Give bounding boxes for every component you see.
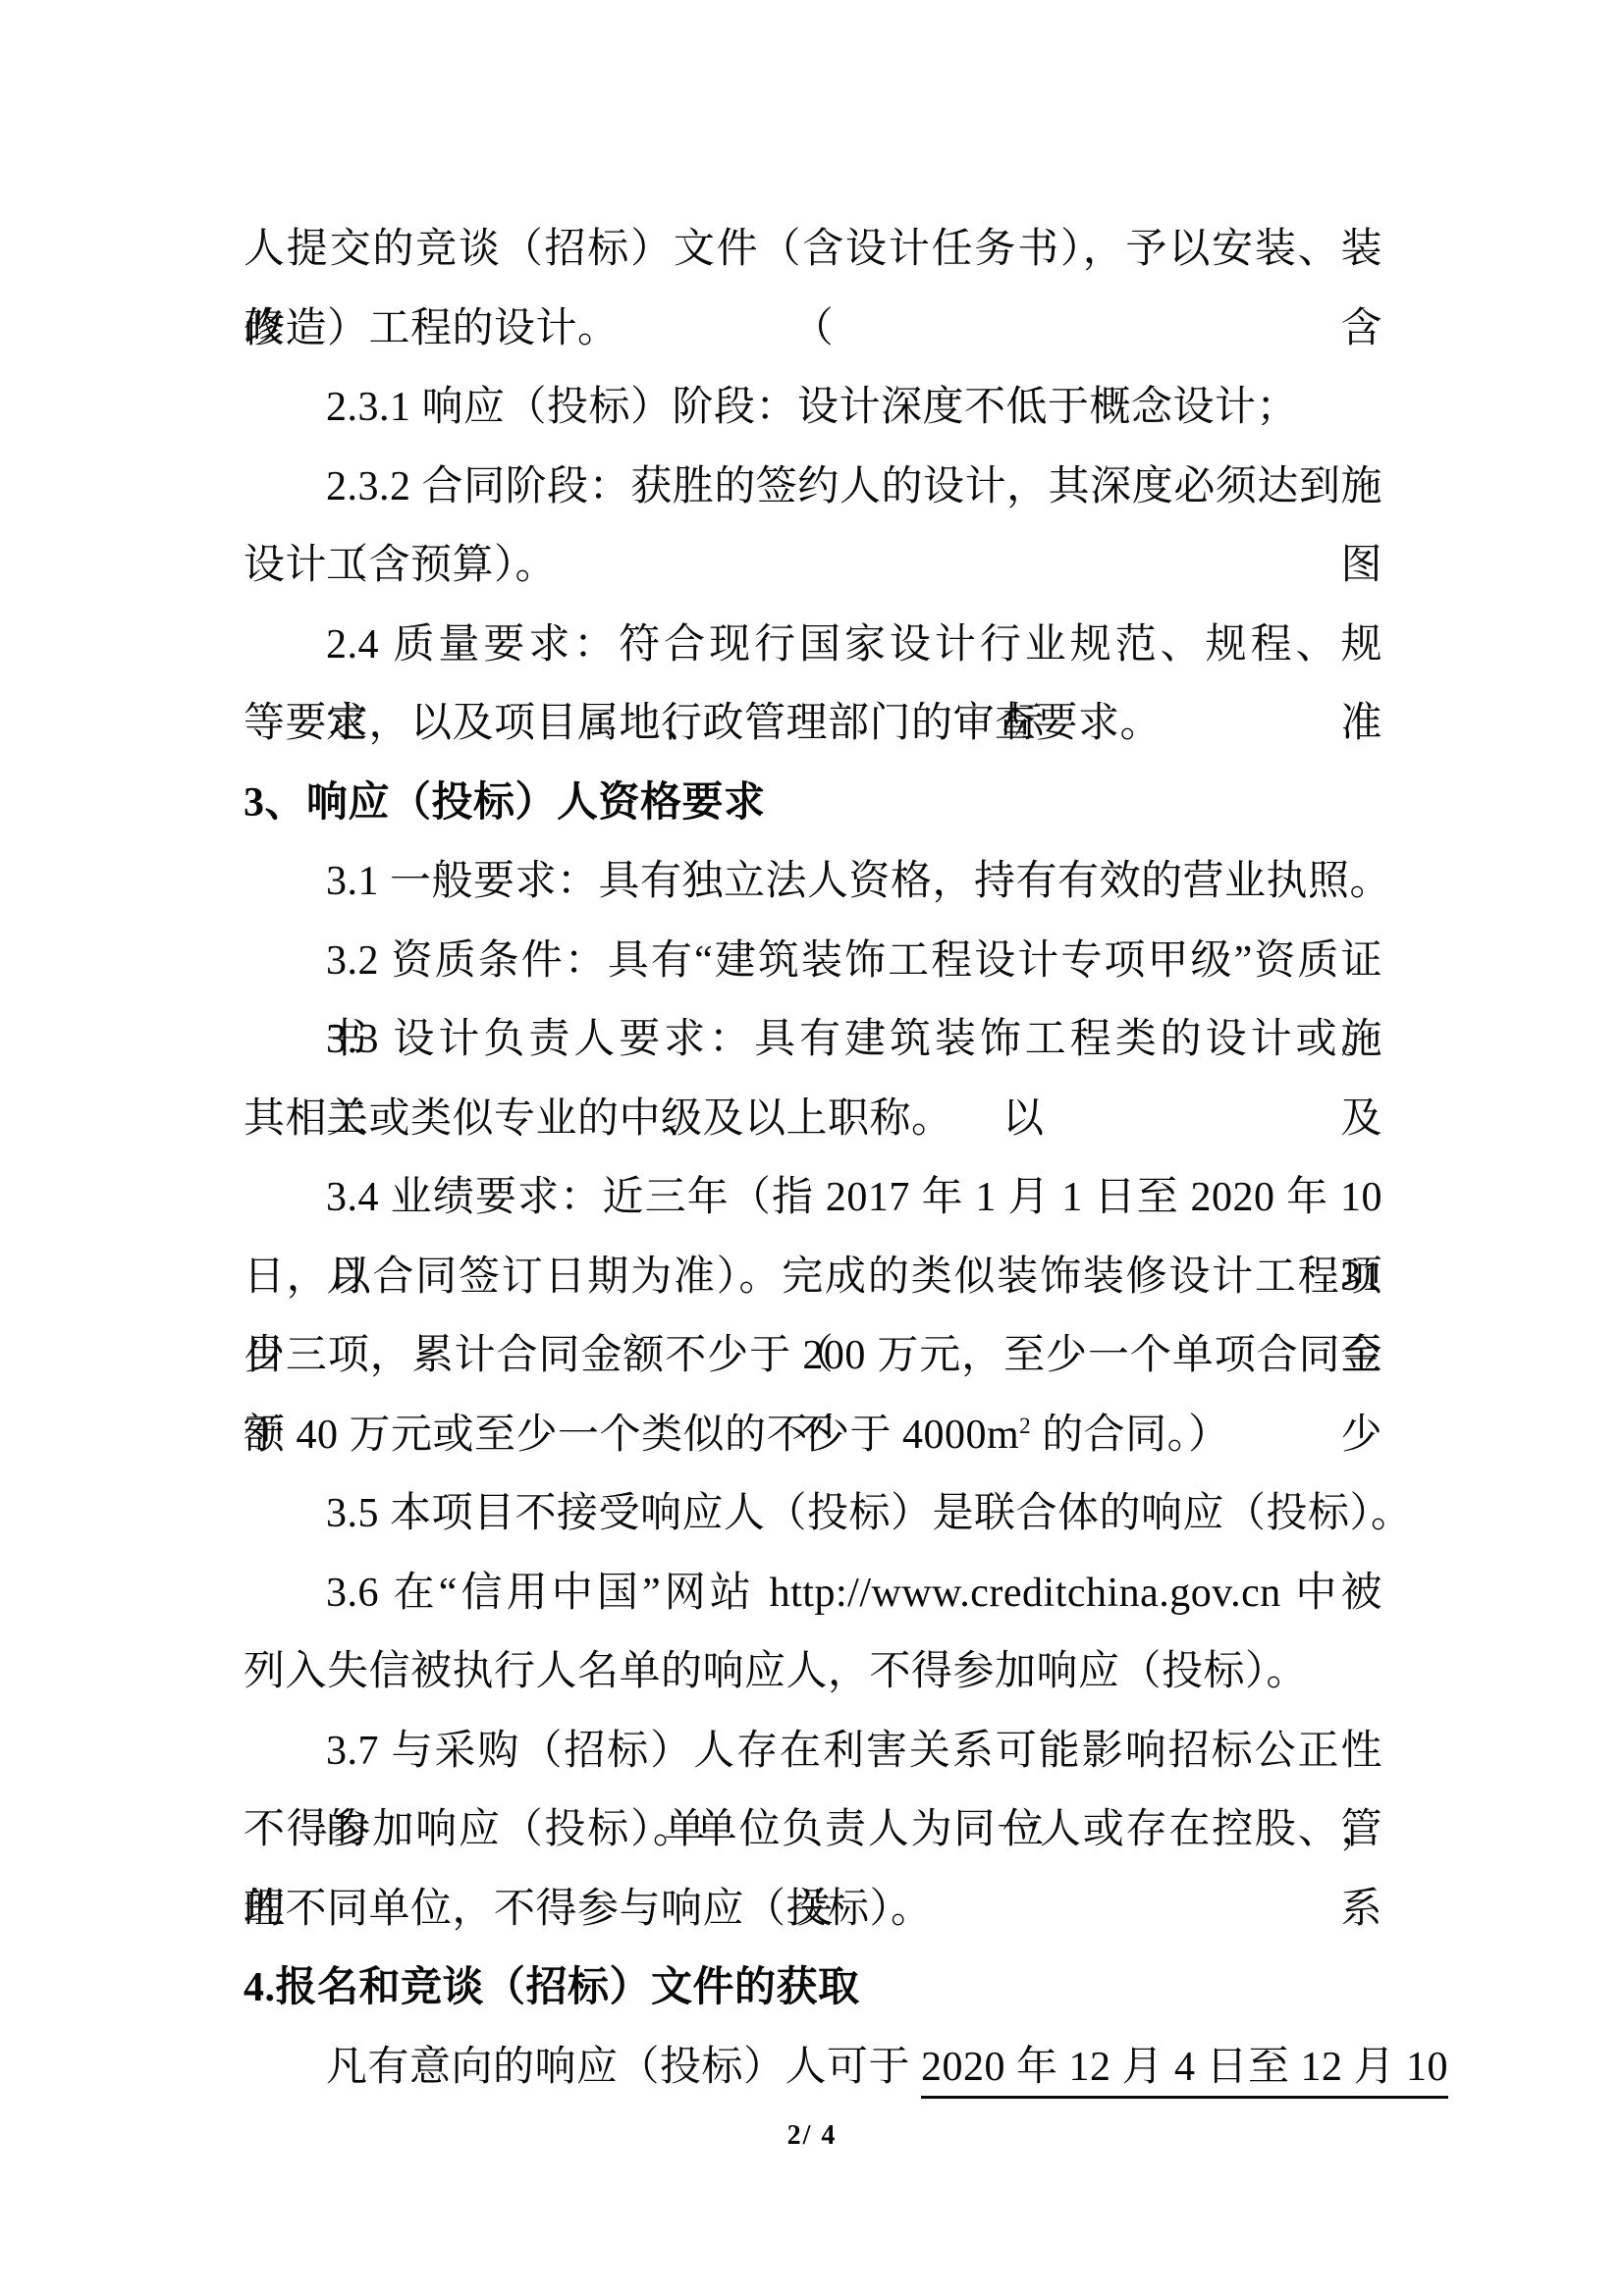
text-segment: 凡有意向的响应（投标）人可于 bbox=[326, 2045, 921, 2090]
text-segment: 其相关或类似专业的中级及以上职称。 bbox=[244, 1096, 953, 1142]
document-page: 人提交的竞谈（招标）文件（含设计任务书），予以安装、装修（含改造）工程的设计。2… bbox=[0, 0, 1624, 2296]
text-segment: 的合同。） bbox=[1031, 1413, 1230, 1458]
page-number: 2/ 4 bbox=[0, 2120, 1624, 2152]
text-segment: 列入失信被执行人名单的响应人，不得参加响应（投标）。 bbox=[244, 1649, 1308, 1694]
text-segment: 中被 bbox=[1281, 1571, 1382, 1616]
text-segment: 3.1 一般要求：具有独立法人资格，持有有效的营业执照。 bbox=[326, 859, 1391, 904]
text-line: 日，以合同签订日期为准）。完成的类似装饰装修设计工程项目（至 bbox=[244, 1238, 1382, 1317]
text-segment: 3、响应（投标）人资格要求 bbox=[244, 780, 766, 826]
section-heading: 4.报名和竞谈（招标）文件的获取 bbox=[244, 1949, 1382, 2028]
text-segment: 等要求，以及项目属地行政管理部门的审查要求。 bbox=[244, 701, 1162, 746]
text-line: 3.1 一般要求：具有独立法人资格，持有有效的营业执照。 bbox=[244, 842, 1382, 922]
text-line: 3.6 在“信用中国”网站 http://www.creditchina.gov… bbox=[244, 1554, 1382, 1633]
text-line: 2.4 质量要求：符合现行国家设计行业规范、规程、规定、标准 bbox=[244, 606, 1382, 685]
document-body: 人提交的竞谈（招标）文件（含设计任务书），予以安装、装修（含改造）工程的设计。2… bbox=[244, 210, 1382, 2107]
underlined-date-range: 2020 年 12 月 4 日至 12 月 10 bbox=[921, 2045, 1448, 2099]
text-line: 3.4 业绩要求：近三年（指 2017 年 1 月 1 日至 2020 年 10… bbox=[244, 1158, 1382, 1238]
text-line: 3.2 资质条件：具有“建筑装饰工程设计专项甲级”资质证书。 bbox=[244, 922, 1382, 1001]
text-segment: 于 40 万元或至少一个类似的不少于 4000m bbox=[244, 1413, 1019, 1458]
text-segment: 的不同单位，不得参与响应（投标）。 bbox=[244, 1887, 933, 1932]
text-line: 于 40 万元或至少一个类似的不少于 4000m2 的合同。） bbox=[244, 1396, 1382, 1475]
text-line: 2.3.2 合同阶段：获胜的签约人的设计，其深度必须达到施工图 bbox=[244, 448, 1382, 527]
superscript-square: 2 bbox=[1019, 1414, 1031, 1438]
text-line: 人提交的竞谈（招标）文件（含设计任务书），予以安装、装修（含 bbox=[244, 210, 1382, 290]
text-segment: 改造）工程的设计。 bbox=[244, 306, 620, 351]
text-segment: 4.报名和竞谈（招标）文件的获取 bbox=[244, 1965, 860, 2010]
text-segment: 3.6 在“信用中国”网站 bbox=[326, 1571, 770, 1616]
text-segment: 3.5 本项目不接受响应人（投标）是联合体的响应（投标）。 bbox=[326, 1491, 1413, 1536]
text-line: 不得参加响应（投标）。单位负责人为同一人或存在控股、管理关系 bbox=[244, 1790, 1382, 1870]
text-line: 列入失信被执行人名单的响应人，不得参加响应（投标）。 bbox=[244, 1632, 1382, 1712]
text-segment: 2.3.1 响应（投标）阶段：设计深度不低于概念设计； bbox=[326, 385, 1298, 430]
credit-china-url: http://www.creditchina.gov.cn bbox=[770, 1571, 1281, 1616]
text-line: 3.7 与采购（招标）人存在利害关系可能影响招标公正性的单位， bbox=[244, 1712, 1382, 1791]
text-line: 少三项，累计合同金额不少于 200 万元，至少一个单项合同金额不少 bbox=[244, 1316, 1382, 1396]
section-heading: 3、响应（投标）人资格要求 bbox=[244, 764, 1382, 843]
text-line: 3.3 设计负责人要求：具有建筑装饰工程类的设计或施工、以及 bbox=[244, 1000, 1382, 1080]
text-line: 2.3.1 响应（投标）阶段：设计深度不低于概念设计； bbox=[244, 368, 1382, 448]
text-segment: 设计（含预算）。 bbox=[244, 543, 557, 588]
text-line: 凡有意向的响应（投标）人可于 2020 年 12 月 4 日至 12 月 10 bbox=[244, 2028, 1382, 2108]
text-line: 3.5 本项目不接受响应人（投标）是联合体的响应（投标）。 bbox=[244, 1474, 1382, 1554]
